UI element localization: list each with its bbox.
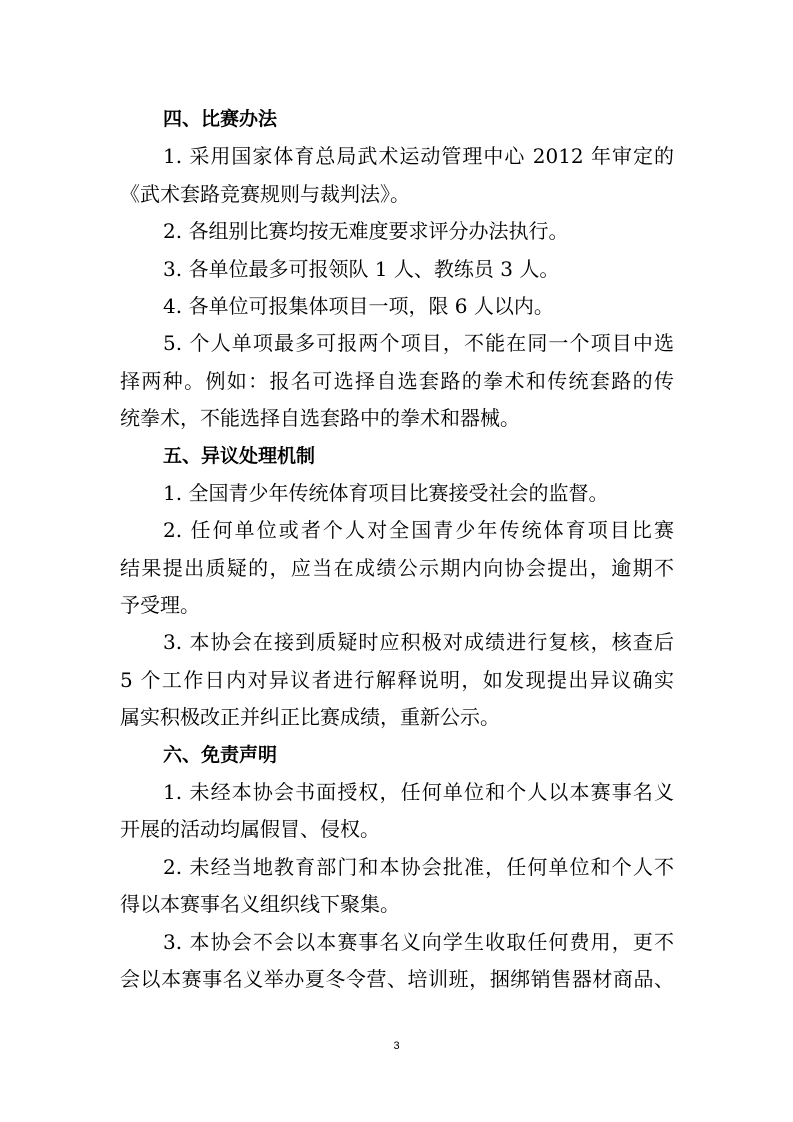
paragraph-line: 开展的活动均属假冒、侵权。 bbox=[120, 811, 674, 848]
paragraph-line: 属实积极改正并纠正比赛成绩，重新公示。 bbox=[120, 699, 674, 736]
paragraph-line: 得以本赛事名义组织线下聚集。 bbox=[120, 886, 674, 923]
paragraph-line: 《武术套路竞赛规则与裁判法》。 bbox=[120, 176, 674, 213]
paragraph-line: 择两种。例如：报名可选择自选套路的拳术和传统套路的传 bbox=[120, 363, 674, 400]
paragraph-line: 2. 未经当地教育部门和本协会批准，任何单位和个人不 bbox=[120, 849, 674, 886]
paragraph-line: 5 个工作日内对异议者进行解释说明，如发现提出异议确实 bbox=[120, 662, 674, 699]
paragraph-line: 1. 全国青少年传统体育项目比赛接受社会的监督。 bbox=[120, 475, 674, 512]
section-heading-objection-handling: 五、异议处理机制 bbox=[120, 438, 674, 475]
paragraph-line: 统拳术，不能选择自选套路中的拳术和器械。 bbox=[120, 400, 674, 437]
paragraph-line: 会以本赛事名义举办夏冬令营、培训班，捆绑销售器材商品、 bbox=[120, 961, 674, 998]
paragraph-line: 1. 未经本协会书面授权，任何单位和个人以本赛事名义 bbox=[120, 774, 674, 811]
page-number: 3 bbox=[0, 1040, 793, 1052]
paragraph-line: 2. 各组别比赛均按无难度要求评分办法执行。 bbox=[120, 213, 674, 250]
paragraph-line: 3. 本协会在接到质疑时应积极对成绩进行复核，核查后 bbox=[120, 624, 674, 661]
paragraph-line: 5. 个人单项最多可报两个项目，不能在同一个项目中选 bbox=[120, 325, 674, 362]
paragraph-line: 4. 各单位可报集体项目一项，限 6 人以内。 bbox=[120, 288, 674, 325]
paragraph-line: 予受理。 bbox=[120, 587, 674, 624]
paragraph-line: 3. 本协会不会以本赛事名义向学生收取任何费用，更不 bbox=[120, 924, 674, 961]
section-heading-disclaimer: 六、免责声明 bbox=[120, 737, 674, 774]
paragraph-line: 2. 任何单位或者个人对全国青少年传统体育项目比赛 bbox=[120, 512, 674, 549]
paragraph-line: 1. 采用国家体育总局武术运动管理中心 2012 年审定的 bbox=[120, 138, 674, 175]
paragraph-line: 3. 各单位最多可报领队 1 人、教练员 3 人。 bbox=[120, 251, 674, 288]
paragraph-line: 结果提出质疑的，应当在成绩公示期内向协会提出，逾期不 bbox=[120, 550, 674, 587]
document-page: 四、比赛办法 1. 采用国家体育总局武术运动管理中心 2012 年审定的 《武术… bbox=[0, 0, 793, 1122]
document-body: 四、比赛办法 1. 采用国家体育总局武术运动管理中心 2012 年审定的 《武术… bbox=[120, 101, 674, 998]
section-heading-competition-methods: 四、比赛办法 bbox=[120, 101, 674, 138]
